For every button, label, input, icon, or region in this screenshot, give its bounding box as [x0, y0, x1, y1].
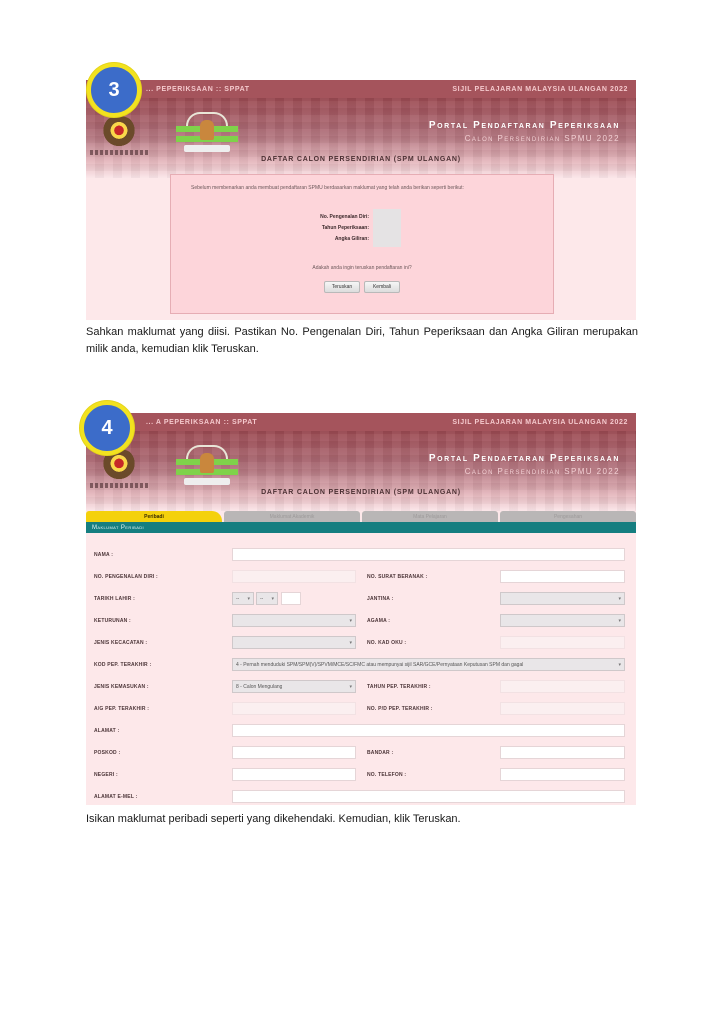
keturunan-select[interactable]: ▾ [232, 614, 356, 627]
confirmation-values-box [373, 209, 401, 247]
nama-input[interactable] [232, 548, 625, 561]
label-no-telefon: NO. TELEFON : [367, 772, 406, 778]
chevron-down-icon: ▾ [618, 662, 621, 668]
poskod-input[interactable] [232, 746, 356, 759]
chevron-down-icon: ▾ [349, 618, 352, 624]
no-kad-oku-input[interactable] [500, 636, 625, 649]
header-banner: Portal Pendaftaran Peperiksaan Calon Per… [86, 98, 636, 178]
portal-subtitle: Calon Persendirian SPMU 2022 [465, 134, 620, 143]
top-bar: ... A PEPERIKSAAN :: SPPAT SIJIL PELAJAR… [86, 413, 636, 431]
label-alamat: ALAMAT : [94, 728, 119, 734]
label-no-surat-beranak: NO. SURAT BERANAK : [367, 574, 427, 580]
top-bar-left: ... PEPERIKSAAN :: SPPAT [146, 86, 250, 93]
label-tarikh-lahir: TARIKH LAHIR : [94, 596, 135, 602]
step-3-caption: Sahkan maklumat yang diisi. Pastikan No.… [86, 324, 638, 358]
portal-title: Portal Pendaftaran Peperiksaan [429, 120, 620, 131]
chevron-down-icon: ▾ [349, 640, 352, 646]
confirmation-question: Adakah anda ingin teruskan pendaftaran i… [171, 265, 553, 271]
continue-button[interactable]: Teruskan [324, 281, 360, 293]
top-bar: ... PEPERIKSAAN :: SPPAT SIJIL PELAJARAN… [86, 80, 636, 98]
tab-pengesahan[interactable]: Pengesahan [500, 511, 636, 522]
coat-of-arms-logo [100, 116, 138, 148]
no-pengenalan-input[interactable] [232, 570, 356, 583]
confirmation-box: Sebelum membenarkan anda membuat pendaft… [170, 174, 554, 314]
confirm-row-index: Angka Giliran: [301, 233, 371, 244]
tarikh-lahir-month-select[interactable]: --▾ [256, 592, 278, 605]
no-pd-pep-terakhir-input[interactable] [500, 702, 625, 715]
page-heading: DAFTAR CALON PERSENDIRIAN (SPM ULANGAN) [86, 489, 636, 496]
screenshot-step-3: ... PEPERIKSAAN :: SPPAT SIJIL PELAJARAN… [86, 80, 636, 320]
confirm-row-ic: No. Pengenalan Diri: [301, 211, 371, 222]
portal-title: Portal Pendaftaran Peperiksaan [429, 453, 620, 464]
chevron-down-icon: ▾ [618, 596, 621, 602]
label-alamat-emel: ALAMAT E-MEL : [94, 794, 137, 800]
no-surat-beranak-input[interactable] [500, 570, 625, 583]
label-negeri: NEGERI : [94, 772, 118, 778]
label-no-kad-oku: NO. KAD OKU : [367, 640, 406, 646]
lembaga-peperiksaan-logo [176, 445, 238, 487]
tarikh-lahir-year-input[interactable] [281, 592, 301, 605]
top-bar-right: SIJIL PELAJARAN MALAYSIA ULANGAN 2022 [452, 86, 628, 93]
tarikh-lahir-day-select[interactable]: --▾ [232, 592, 254, 605]
top-bar-left: ... A PEPERIKSAAN :: SPPAT [146, 419, 257, 426]
label-jenis-kemasukan: JENIS KEMASUKAN : [94, 684, 149, 690]
chevron-down-icon: ▾ [271, 596, 274, 602]
label-agama: AGAMA : [367, 618, 390, 624]
step-4-caption: Isikan maklumat peribadi seperti yang di… [86, 811, 638, 828]
page-heading: DAFTAR CALON PERSENDIRIAN (SPM ULANGAN) [86, 156, 636, 163]
ag-pep-terakhir-input[interactable] [232, 702, 356, 715]
coat-of-arms-caption [90, 150, 148, 155]
tab-akademik[interactable]: Maklumat Akademik [224, 511, 360, 522]
jenis-kemasukan-select[interactable]: 8 - Calon Mengulang▾ [232, 680, 356, 693]
label-keturunan: KETURUNAN : [94, 618, 131, 624]
confirm-row-year: Tahun Peperiksaan: [301, 222, 371, 233]
chevron-down-icon: ▾ [247, 596, 250, 602]
tahun-pep-terakhir-input[interactable] [500, 680, 625, 693]
no-telefon-input[interactable] [500, 768, 625, 781]
alamat-input[interactable] [232, 724, 625, 737]
label-tahun-pep-terakhir: TAHUN PEP. TERAKHIR : [367, 684, 431, 690]
step-tabs: Peribadi Maklumat Akademik Mata Pelajara… [86, 511, 636, 522]
step-badge-4: 4 [80, 401, 134, 455]
label-nama: NAMA : [94, 552, 113, 558]
tab-peribadi[interactable]: Peribadi [86, 511, 222, 522]
label-no-pengenalan: NO. PENGENALAN DIRI : [94, 574, 158, 580]
top-bar-right: SIJIL PELAJARAN MALAYSIA ULANGAN 2022 [452, 419, 628, 426]
chevron-down-icon: ▾ [349, 684, 352, 690]
back-button[interactable]: Kembali [364, 281, 400, 293]
label-poskod: POSKOD : [94, 750, 120, 756]
confirmation-fields: No. Pengenalan Diri: Tahun Peperiksaan: … [301, 211, 371, 244]
kod-pep-terakhir-select[interactable]: 4 - Pernah menduduki SPM/SPM(V)/SPVM/MCE… [232, 658, 625, 671]
portal-subtitle: Calon Persendirian SPMU 2022 [465, 467, 620, 476]
tab-mata-pelajaran[interactable]: Mata Pelajaran [362, 511, 498, 522]
jantina-select[interactable]: ▾ [500, 592, 625, 605]
negeri-input[interactable] [232, 768, 356, 781]
label-kod-pep-terakhir: KOD PEP. TERAKHIR : [94, 662, 151, 668]
confirmation-intro: Sebelum membenarkan anda membuat pendaft… [191, 185, 464, 191]
alamat-emel-input[interactable] [232, 790, 625, 803]
section-title: Maklumat Peribadi [86, 522, 636, 533]
coat-of-arms-caption [90, 483, 148, 488]
label-jenis-kecacatan: JENIS KECACATAN : [94, 640, 147, 646]
label-bandar: BANDAR : [367, 750, 393, 756]
screenshot-step-4: ... A PEPERIKSAAN :: SPPAT SIJIL PELAJAR… [86, 413, 636, 805]
label-ag-pep-terakhir: A/G PEP. TERAKHIR : [94, 706, 149, 712]
label-jantina: JANTINA : [367, 596, 393, 602]
header-banner: Portal Pendaftaran Peperiksaan Calon Per… [86, 431, 636, 511]
lembaga-peperiksaan-logo [176, 112, 238, 154]
step-badge-3: 3 [87, 63, 141, 117]
jenis-kecacatan-select[interactable]: ▾ [232, 636, 356, 649]
chevron-down-icon: ▾ [618, 618, 621, 624]
agama-select[interactable]: ▾ [500, 614, 625, 627]
bandar-input[interactable] [500, 746, 625, 759]
label-no-pd-pep-terakhir: NO. P/D PEP. TERAKHIR : [367, 706, 433, 712]
